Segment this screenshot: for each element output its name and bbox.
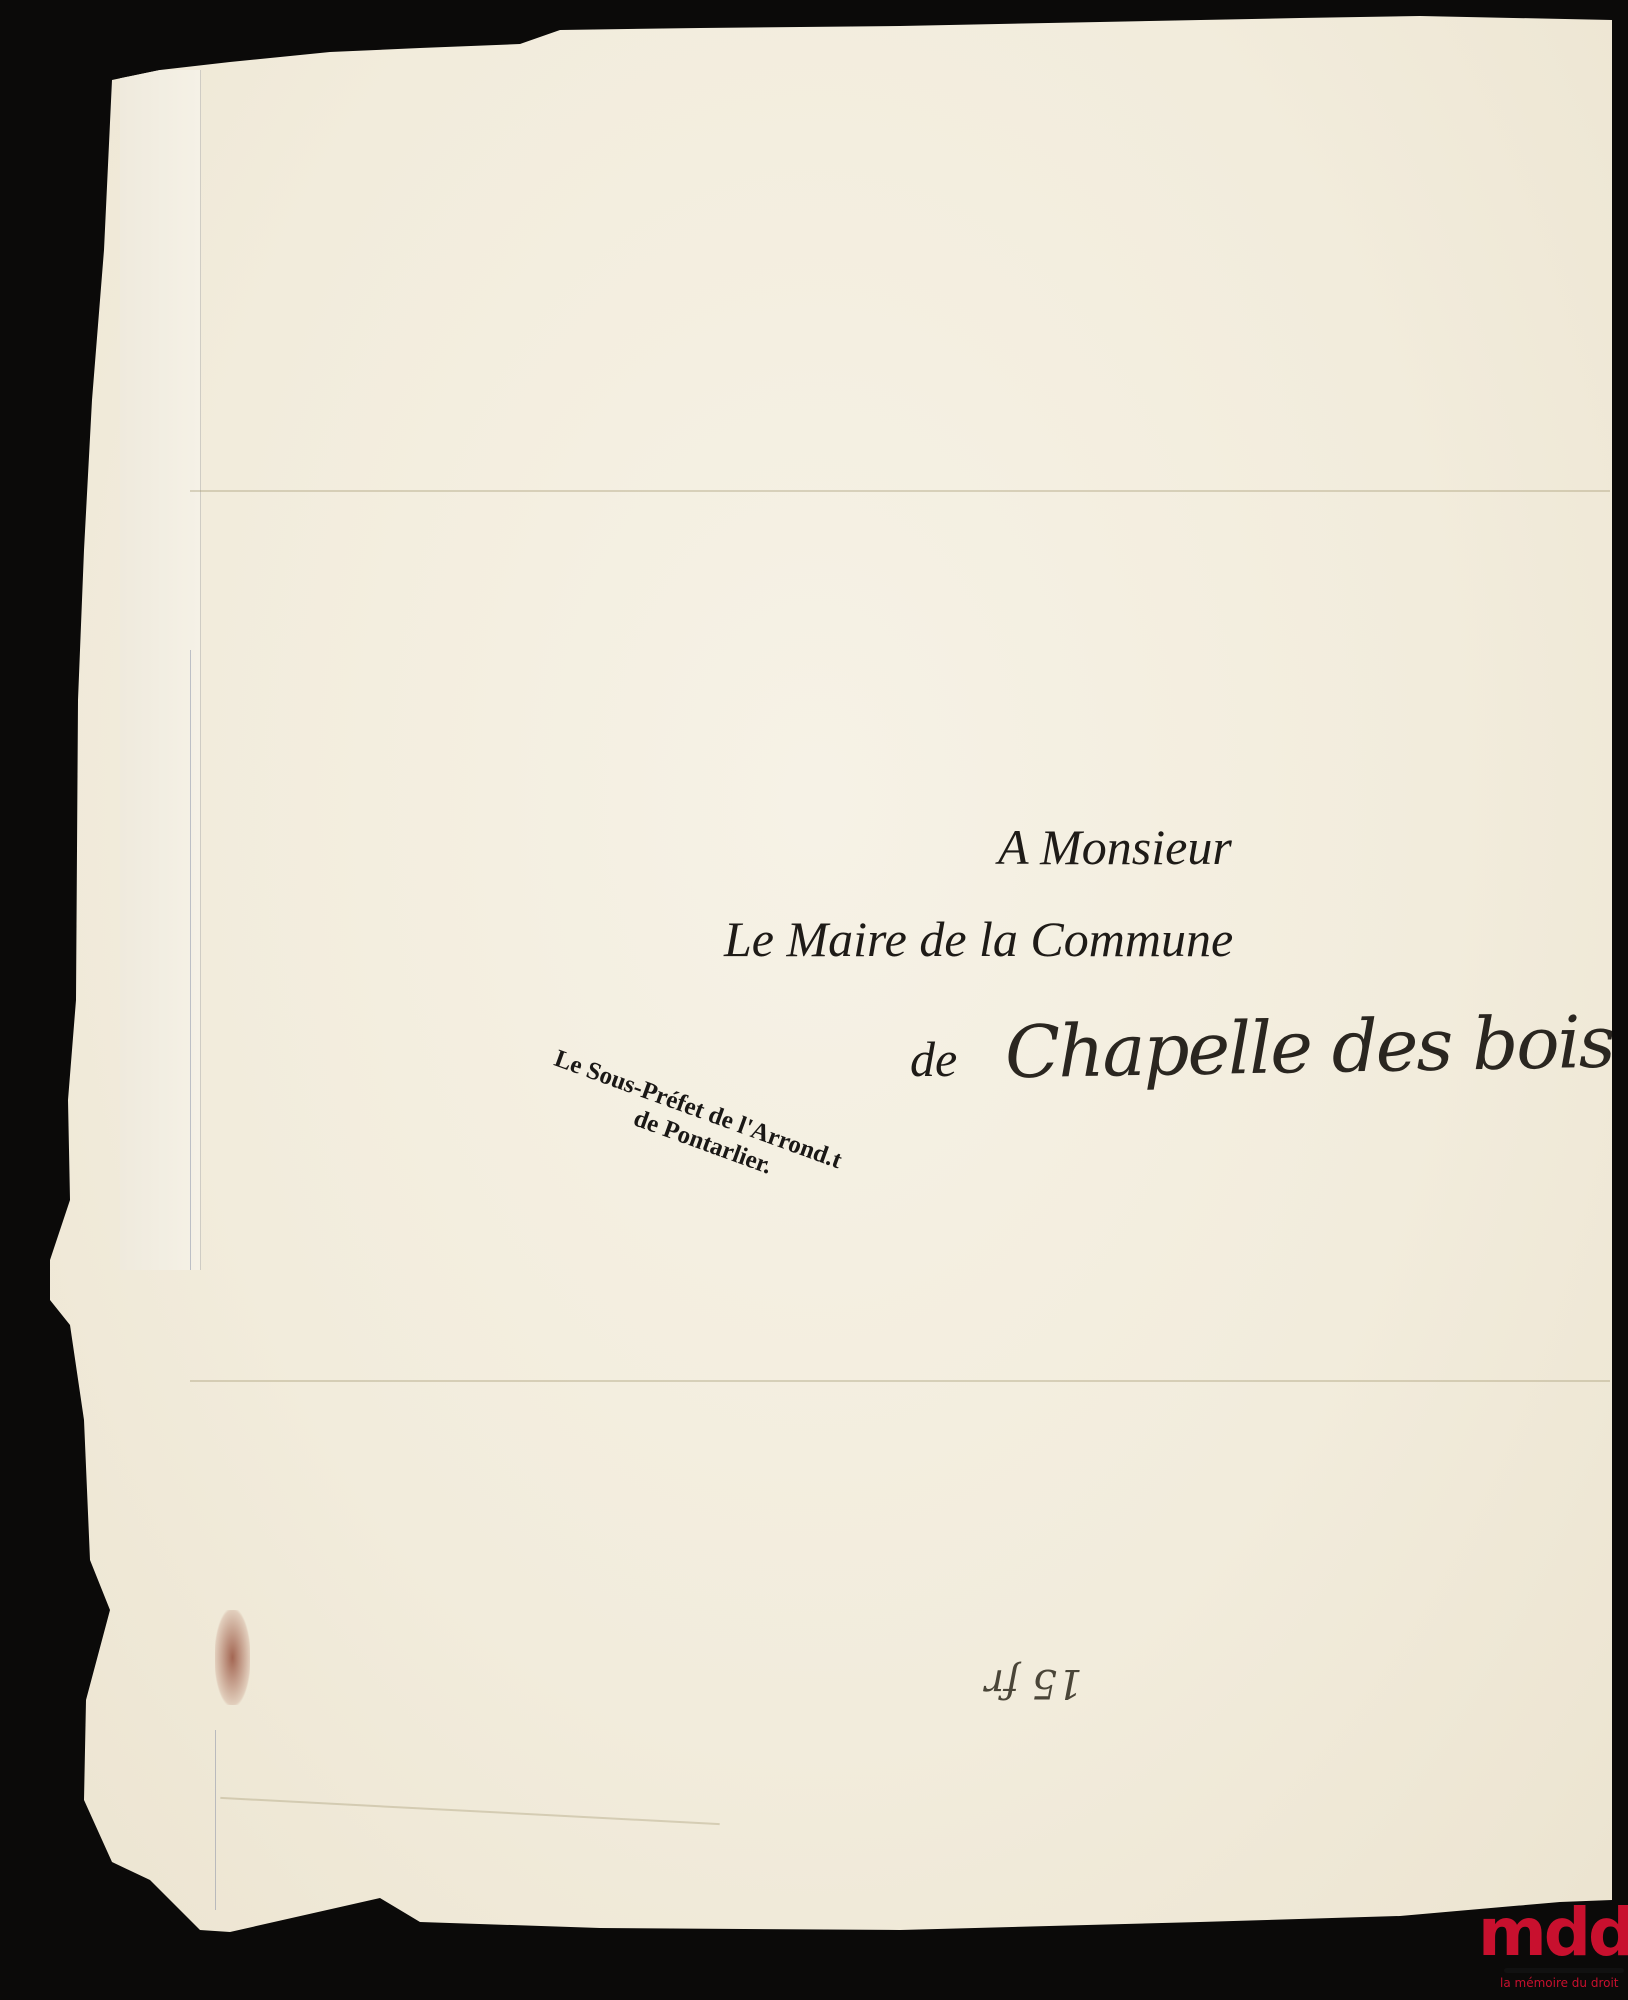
mdd-logo: mdd la mémoire du droit xyxy=(1470,1880,1628,2000)
address-line-3-prefix: de xyxy=(910,1030,957,1088)
address-line-1: A Monsieur xyxy=(998,818,1232,876)
handwritten-commune: Chapelle des bois xyxy=(1004,1000,1614,1095)
crease-left-lower xyxy=(215,1730,216,1910)
logo-mark: mdd xyxy=(1478,1900,1628,1966)
fold-line-bottom xyxy=(190,1380,1610,1382)
paper-sheet: A Monsieur Le Maire de la Commune de Cha… xyxy=(0,0,1628,2000)
crease-left xyxy=(190,650,191,1270)
logo-tagline: la mémoire du droit xyxy=(1500,1976,1619,1990)
address-line-2: Le Maire de la Commune xyxy=(724,910,1233,968)
logo-underline xyxy=(1504,1968,1624,1973)
stain xyxy=(215,1610,250,1705)
handwritten-note: 15 fr xyxy=(985,1660,1083,1706)
scanned-document: A Monsieur Le Maire de la Commune de Cha… xyxy=(0,0,1628,2000)
folded-flap xyxy=(120,70,201,1270)
fold-line-top xyxy=(190,490,1610,492)
sous-prefet-stamp: Le Sous-Préfet de l'Arrond.t de Pontarli… xyxy=(540,1045,845,1203)
fold-line-lower xyxy=(220,1797,719,1825)
